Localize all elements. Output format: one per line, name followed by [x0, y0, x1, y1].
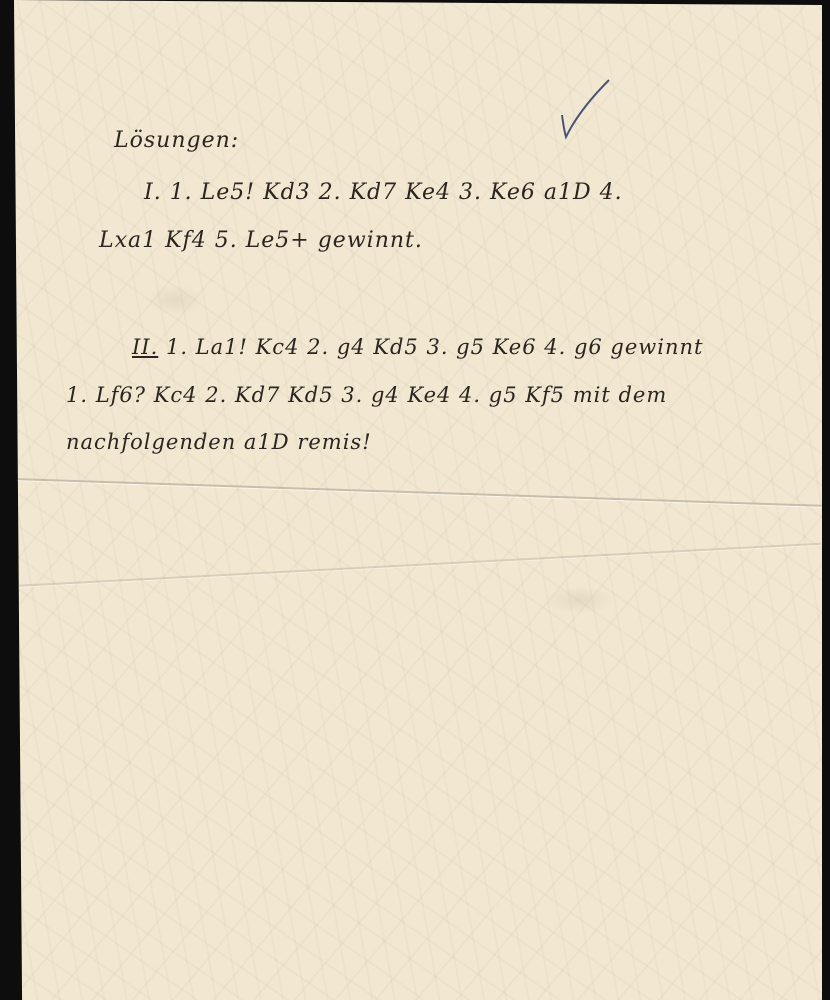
solution-1-moves-1: 1. Le5! Kd3 2. Kd7 Ke4 3. Ke6 a1D 4. [170, 180, 623, 205]
heading: Lösungen: [114, 128, 239, 153]
check-mark-icon [554, 75, 624, 145]
solution-2-number: II. [132, 335, 158, 359]
fold-crease [14, 478, 822, 507]
solution-1-line-2: Lxa1 Kf4 5. Le5+ gewinnt. [99, 228, 423, 253]
solution-1-line-1: I. 1. Le5! Kd3 2. Kd7 Ke4 3. Ke6 a1D 4. [144, 180, 623, 205]
solution-2-line-1: II. 1. La1! Kc4 2. g4 Kd5 3. g5 Ke6 4. g… [132, 335, 703, 359]
paper-sheet: Lösungen: I. 1. Le5! Kd3 2. Kd7 Ke4 3. K… [14, 0, 822, 1000]
fold-crease [14, 543, 821, 587]
solution-2-line-2: 1. Lf6? Kc4 2. Kd7 Kd5 3. g4 Ke4 4. g5 K… [66, 383, 667, 407]
solution-1-number: I. [144, 180, 162, 205]
solution-2-line-3: nachfolgenden a1D remis! [66, 430, 372, 454]
solution-2-moves-1: 1. La1! Kc4 2. g4 Kd5 3. g5 Ke6 4. g6 ge… [166, 335, 704, 359]
